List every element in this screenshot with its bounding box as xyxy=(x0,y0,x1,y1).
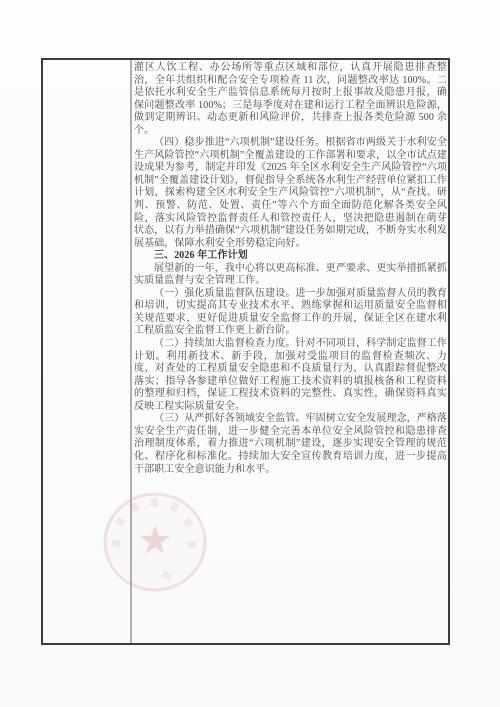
report-paragraph: 展望新的一年，我中心将以更高标准、更严要求、更实举措抓紧抓实质量监督与安全管理工… xyxy=(134,263,447,288)
form-left-column-empty xyxy=(43,60,130,643)
section-heading-2026-work-plan: 三、2026 年工作计划 xyxy=(134,250,447,263)
form-content-cell: 灌区人饮工程、办公场所等重点区域和部位，认真开展隐患排查整治，全年共组织和配合安… xyxy=(134,62,447,476)
report-paragraph: 灌区人饮工程、办公场所等重点区域和部位，认真开展隐患排查整治，全年共组织和配合安… xyxy=(134,62,447,137)
column-divider-line xyxy=(130,60,132,643)
report-paragraph: （二）持续加大监督检查力度。针对不同项目，科学制定监督工作计划。利用新技术、新手… xyxy=(134,338,447,413)
scanned-document-page: 灌区人饮工程、办公场所等重点区域和部位，认真开展隐患排查整治，全年共组织和配合安… xyxy=(0,0,500,707)
report-paragraph: （一）强化质量监督队伍建设。进一步加强对质量监督人员的教育和培训，切实提高其专业… xyxy=(134,288,447,338)
form-table: 灌区人饮工程、办公场所等重点区域和部位，认真开展隐患排查整治，全年共组织和配合安… xyxy=(41,58,450,645)
report-paragraph: （三）从严抓好各领域安全监管。牢固树立安全发展理念，严格落实安全生产责任制，进一… xyxy=(134,413,447,476)
report-paragraph: （四）稳步推进“六项机制”建设任务。根据省市两级关于水利安全生产风险管控“六项机… xyxy=(134,137,447,250)
